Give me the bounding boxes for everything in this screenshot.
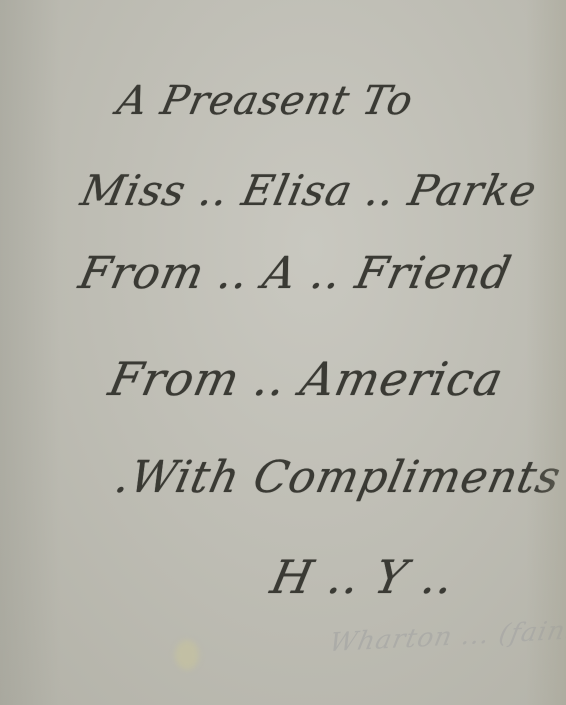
inscription-line-3: From .. A .. Friend — [75, 248, 516, 299]
pencil-annotation: Wharton ... (faint, illegible) — [327, 608, 566, 658]
inscription-line-5: .With Compliments — [111, 452, 566, 503]
inscription-line-1: A Preasent To — [113, 78, 417, 124]
paper-stain — [175, 640, 199, 670]
signature-initials: H .. Y .. — [266, 550, 459, 604]
inscription-line-4: From .. America — [104, 352, 508, 406]
inscription-page: A Preasent To Miss .. Elisa .. Parke Fro… — [0, 0, 566, 705]
inscription-line-2: Miss .. Elisa .. Parke — [77, 166, 542, 215]
